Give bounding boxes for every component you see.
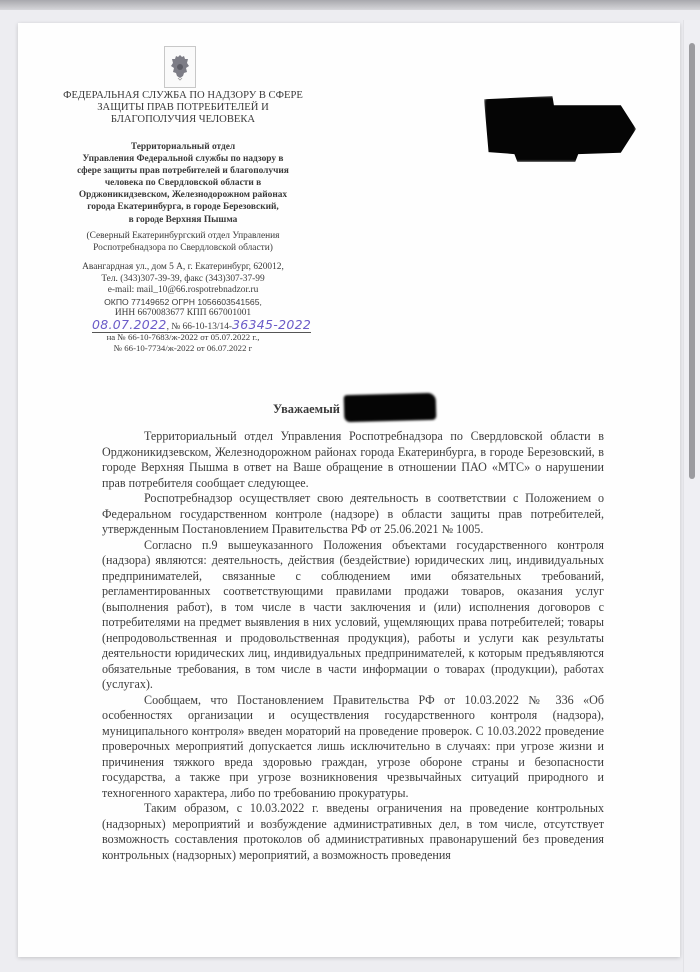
viewer-top-bar [0,0,700,10]
subdepartment-line: Роспотребнадзора по Свердловской области… [52,242,314,254]
department-name: Территориальный отдел Управления Федерал… [52,141,314,226]
department-line: человека по Свердловской области в [52,177,314,189]
okpo-ogrn-line: ОКПО 77149652 ОГРН 1056603541565, [52,297,314,309]
registration-underline: 08.07.2022, № 66-10-13/14-36345-2022 [92,317,311,333]
agency-line: ФЕДЕРАЛЬНАЯ СЛУЖБА ПО НАДЗОРУ В СФЕРЕ [52,90,314,102]
agency-line: БЛАГОПОЛУЧИЯ ЧЕЛОВЕКА [52,114,314,126]
handwritten-date: 08.07.2022 [92,317,167,332]
registration-number-prefix: № 66-10-13/14- [171,322,232,332]
reference-line: на № 66-10-7683/ж-2022 от 05.07.2022 г., [52,332,314,343]
department-line: Управления Федеральной службы по надзору… [52,153,314,165]
paragraph: Территориальный отдел Управления Роспотр… [102,429,604,491]
address-line: Авангардная ул., дом 5 А, г. Екатеринбур… [52,262,314,274]
department-line: сфере защиты прав потребителей и благопо… [52,165,314,177]
agency-header: ФЕДЕРАЛЬНАЯ СЛУЖБА ПО НАДЗОРУ В СФЕРЕ ЗА… [52,90,314,127]
department-line: Территориальный отдел [52,141,314,153]
reference-line: № 66-10-7734/ж-2022 от 06.07.2022 г [52,343,314,354]
paragraph: Сообщаем, что Постановлением Правительст… [102,693,604,802]
email-line: e-mail: mail_10@66.rospotrebnadzor.ru [52,285,314,297]
department-line: города Екатеринбурга, в городе Березовск… [52,201,314,213]
redacted-addressee-block [484,96,636,162]
russian-coat-of-arms-icon [164,46,196,88]
registration-line: 08.07.2022, № 66-10-13/14-36345-2022 [92,317,352,333]
phone-fax-line: Тел. (343)307-39-39, факс (343)307-37-99 [52,274,314,286]
reference-block: на № 66-10-7683/ж-2022 от 05.07.2022 г.,… [52,332,314,354]
paragraph: Роспотребнадзор осуществляет свою деятел… [102,491,604,538]
subdepartment-line: (Северный Екатеринбургский отдел Управле… [52,230,314,242]
greeting: Уважаемый [273,402,340,417]
agency-line: ЗАЩИТЫ ПРАВ ПОТРЕБИТЕЛЕЙ И [52,102,314,114]
subdepartment-name: (Северный Екатеринбургский отдел Управле… [52,230,314,254]
redacted-recipient-name [344,393,437,422]
paragraph: Согласно п.9 вышеуказанного Положения об… [102,538,604,693]
letter-body: Территориальный отдел Управления Роспотр… [102,429,604,863]
handwritten-registration-number: 36345-2022 [232,317,311,332]
department-line: Орджоникидзевском, Железнодорожном район… [52,189,314,201]
contact-block: Авангардная ул., дом 5 А, г. Екатеринбур… [52,262,314,320]
department-line: в городе Верхняя Пышма [52,214,314,226]
scrollbar-thumb[interactable] [689,43,695,479]
paragraph: Таким образом, с 10.03.2022 г. введены о… [102,801,604,863]
